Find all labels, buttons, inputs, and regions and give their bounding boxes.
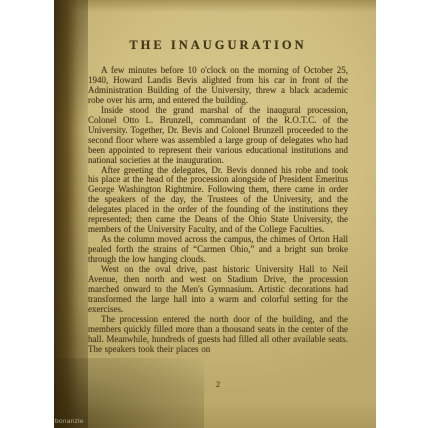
paragraph: A few minutes before 10 o'clock on the m… bbox=[88, 66, 348, 106]
paragraph: After greeting the delegates, Dr. Bevis … bbox=[88, 166, 348, 236]
paragraph: The procession entered the north door of… bbox=[88, 315, 348, 355]
seller-watermark: bonanzle bbox=[55, 418, 84, 425]
paragraph: As the column moved across the campus, t… bbox=[88, 235, 348, 265]
paragraph: Inside stood the grand marshal of the in… bbox=[88, 106, 348, 166]
paragraph: West on the oval drive, past historic Un… bbox=[88, 265, 348, 315]
body-text: A few minutes before 10 o'clock on the m… bbox=[88, 66, 348, 355]
book-page-photo: THE INAUGURATION A few minutes before 10… bbox=[54, 0, 376, 428]
page-number: 2 bbox=[88, 380, 348, 389]
chapter-title: THE INAUGURATION bbox=[88, 38, 348, 53]
